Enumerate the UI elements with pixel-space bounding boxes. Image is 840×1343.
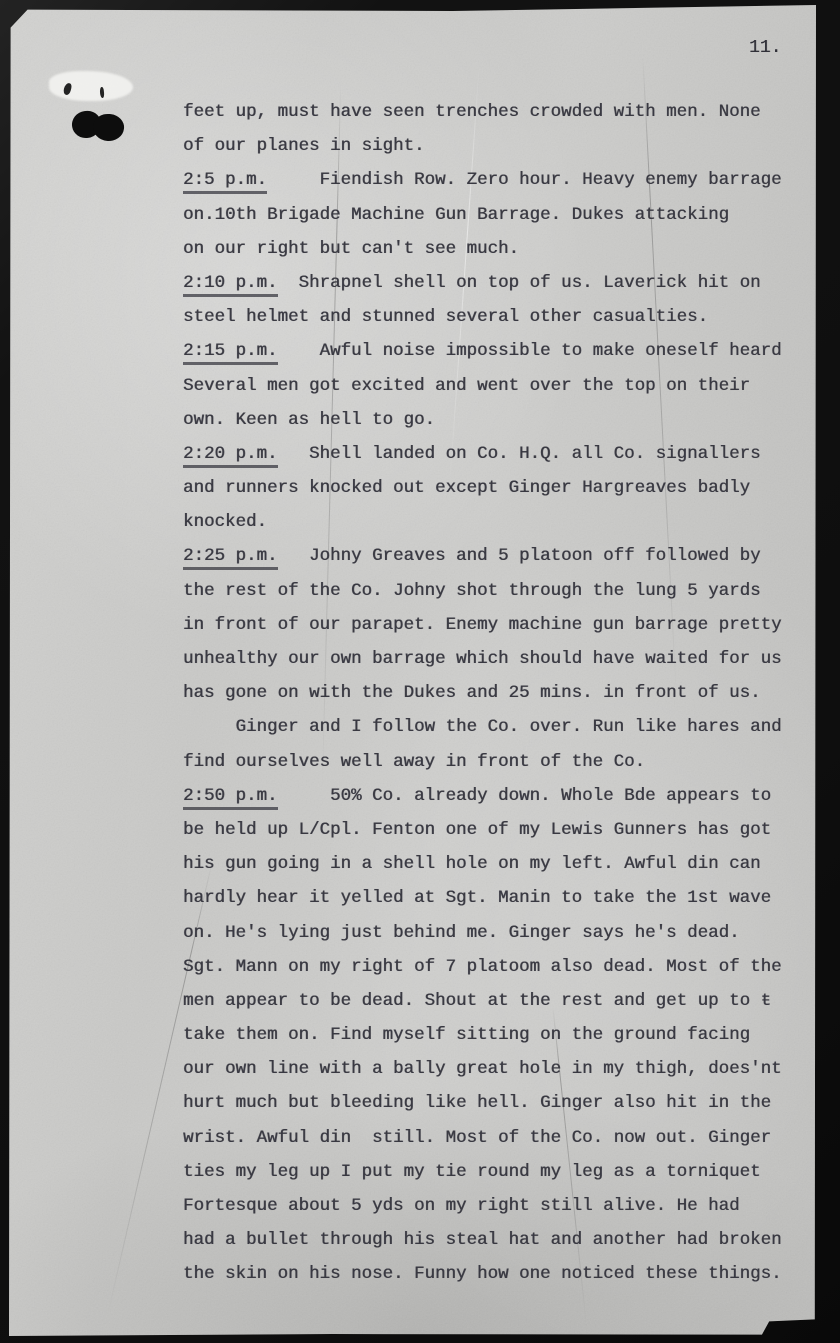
typed-line-text: wrist. Awful din still. Most of the Co. … <box>183 1128 771 1148</box>
typed-line-text: his gun going in a shell hole on my left… <box>183 854 761 874</box>
typed-line: his gun going in a shell hole on my left… <box>183 847 811 881</box>
typed-line: 2:10 p.m. Shrapnel shell on top of us. L… <box>183 266 811 300</box>
typed-line: 2:50 p.m. 50% Co. already down. Whole Bd… <box>183 779 811 813</box>
typed-line-text: the skin on his nose. Funny how one noti… <box>183 1264 782 1284</box>
typed-line: wrist. Awful din still. Most of the Co. … <box>183 1121 811 1155</box>
typed-line-text: feet up, must have seen trenches crowded… <box>183 102 761 122</box>
typed-line-text: Ginger and I follow the Co. over. Run li… <box>183 717 782 737</box>
typed-line-text: had a bullet through his steal hat and a… <box>183 1230 782 1250</box>
typed-line-text: has gone on with the Dukes and 25 mins. … <box>183 683 761 703</box>
ink-blot <box>92 112 126 142</box>
typed-line-text: our own line with a bally great hole in … <box>183 1059 782 1079</box>
typed-line: find ourselves well away in front of the… <box>183 745 811 779</box>
typed-line: 2:15 p.m. Awful noise impossible to make… <box>183 334 811 368</box>
typed-line-text: on.10th Brigade Machine Gun Barrage. Duk… <box>183 205 729 225</box>
typed-line: steel helmet and stunned several other c… <box>183 300 811 334</box>
typed-line: 2:25 p.m. Johny Greaves and 5 platoon of… <box>183 539 811 573</box>
typed-line-text: hardly hear it yelled at Sgt. Manin to t… <box>183 888 771 908</box>
typed-line-text: Fortesque about 5 yds on my right still … <box>183 1196 740 1216</box>
diary-text-block: feet up, must have seen trenches crowded… <box>183 95 811 1292</box>
typed-line-text: on our right but can't see much. <box>183 239 519 259</box>
typed-line-text: Sgt. Mann on my right of 7 platoom also … <box>183 957 782 977</box>
typed-line-text: ties my leg up I put my tie round my leg… <box>183 1162 761 1182</box>
typed-line-text: unhealthy our own barrage which should h… <box>183 649 782 669</box>
time-heading: 2:15 p.m. <box>183 341 278 365</box>
typed-line-text: own. Keen as hell to go. <box>183 410 435 430</box>
typed-line: ties my leg up I put my tie round my leg… <box>183 1155 811 1189</box>
time-heading: 2:20 p.m. <box>183 444 278 468</box>
time-heading: 2:10 p.m. <box>183 273 278 297</box>
typed-line: Several men got excited and went over th… <box>183 369 811 403</box>
time-heading: 2:25 p.m. <box>183 546 278 570</box>
typed-line-text: steel helmet and stunned several other c… <box>183 307 708 327</box>
typed-line-text: find ourselves well away in front of the… <box>183 752 645 772</box>
typed-line: of our planes in sight. <box>183 129 811 163</box>
typed-line-text: Johny Greaves and 5 platoon off followed… <box>278 546 761 566</box>
typed-line-text: of our planes in sight. <box>183 136 425 156</box>
typed-line: and runners knocked out except Ginger Ha… <box>183 471 811 505</box>
typed-line-text: the rest of the Co. Johny shot through t… <box>183 581 761 601</box>
typed-line-text: and runners knocked out except Ginger Ha… <box>183 478 750 498</box>
typed-line: hurt much but bleeding like hell. Ginger… <box>183 1086 811 1120</box>
typed-line-text: take them on. Find myself sitting on the… <box>183 1025 750 1045</box>
typed-line: feet up, must have seen trenches crowded… <box>183 95 811 129</box>
typed-line: on.10th Brigade Machine Gun Barrage. Duk… <box>183 198 811 232</box>
typed-line: 2:5 p.m. Fiendish Row. Zero hour. Heavy … <box>183 163 811 197</box>
typed-line: on our right but can't see much. <box>183 232 811 266</box>
typed-line: unhealthy our own barrage which should h… <box>183 642 811 676</box>
typed-line: the rest of the Co. Johny shot through t… <box>183 574 811 608</box>
typed-line: own. Keen as hell to go. <box>183 403 811 437</box>
typed-line: our own line with a bally great hole in … <box>183 1052 811 1086</box>
typed-line-text: knocked. <box>183 512 267 532</box>
typed-line: has gone on with the Dukes and 25 mins. … <box>183 676 811 710</box>
typed-line-text: Awful noise impossible to make oneself h… <box>278 341 782 361</box>
typed-line-text: in front of our parapet. Enemy machine g… <box>183 615 782 635</box>
typed-line: be held up L/Cpl. Fenton one of my Lewis… <box>183 813 811 847</box>
whiteout-patch <box>49 71 133 101</box>
typed-line-text: men appear to be dead. Shout at the rest… <box>183 991 771 1011</box>
typed-line: Fortesque about 5 yds on my right still … <box>183 1189 811 1223</box>
typed-line: hardly hear it yelled at Sgt. Manin to t… <box>183 881 811 915</box>
typed-line-text: Fiendish Row. Zero hour. Heavy enemy bar… <box>267 170 782 190</box>
typed-line: Sgt. Mann on my right of 7 platoom also … <box>183 950 811 984</box>
typed-line-text: on. He's lying just behind me. Ginger sa… <box>183 923 740 943</box>
typed-line: take them on. Find myself sitting on the… <box>183 1018 811 1052</box>
diary-page: 11. feet up, must have seen trenches cro… <box>9 5 816 1336</box>
typed-line-text: hurt much but bleeding like hell. Ginger… <box>183 1093 771 1113</box>
time-heading: 2:50 p.m. <box>183 786 278 810</box>
typed-line: men appear to be dead. Shout at the rest… <box>183 984 811 1018</box>
typed-line: on. He's lying just behind me. Ginger sa… <box>183 916 811 950</box>
typed-line-text: Shell landed on Co. H.Q. all Co. signall… <box>278 444 761 464</box>
typed-line-text: Several men got excited and went over th… <box>183 376 750 396</box>
typed-line-text: Shrapnel shell on top of us. Laverick hi… <box>278 273 761 293</box>
page-number: 11. <box>749 38 781 58</box>
typed-line: had a bullet through his steal hat and a… <box>183 1223 811 1257</box>
time-heading: 2:5 p.m. <box>183 170 267 194</box>
typed-line: Ginger and I follow the Co. over. Run li… <box>183 710 811 744</box>
typed-line: 2:20 p.m. Shell landed on Co. H.Q. all C… <box>183 437 811 471</box>
typed-line: the skin on his nose. Funny how one noti… <box>183 1257 811 1291</box>
typed-line-text: 50% Co. already down. Whole Bde appears … <box>278 786 772 806</box>
typed-line: knocked. <box>183 505 811 539</box>
typed-line-text: be held up L/Cpl. Fenton one of my Lewis… <box>183 820 771 840</box>
typed-line: in front of our parapet. Enemy machine g… <box>183 608 811 642</box>
